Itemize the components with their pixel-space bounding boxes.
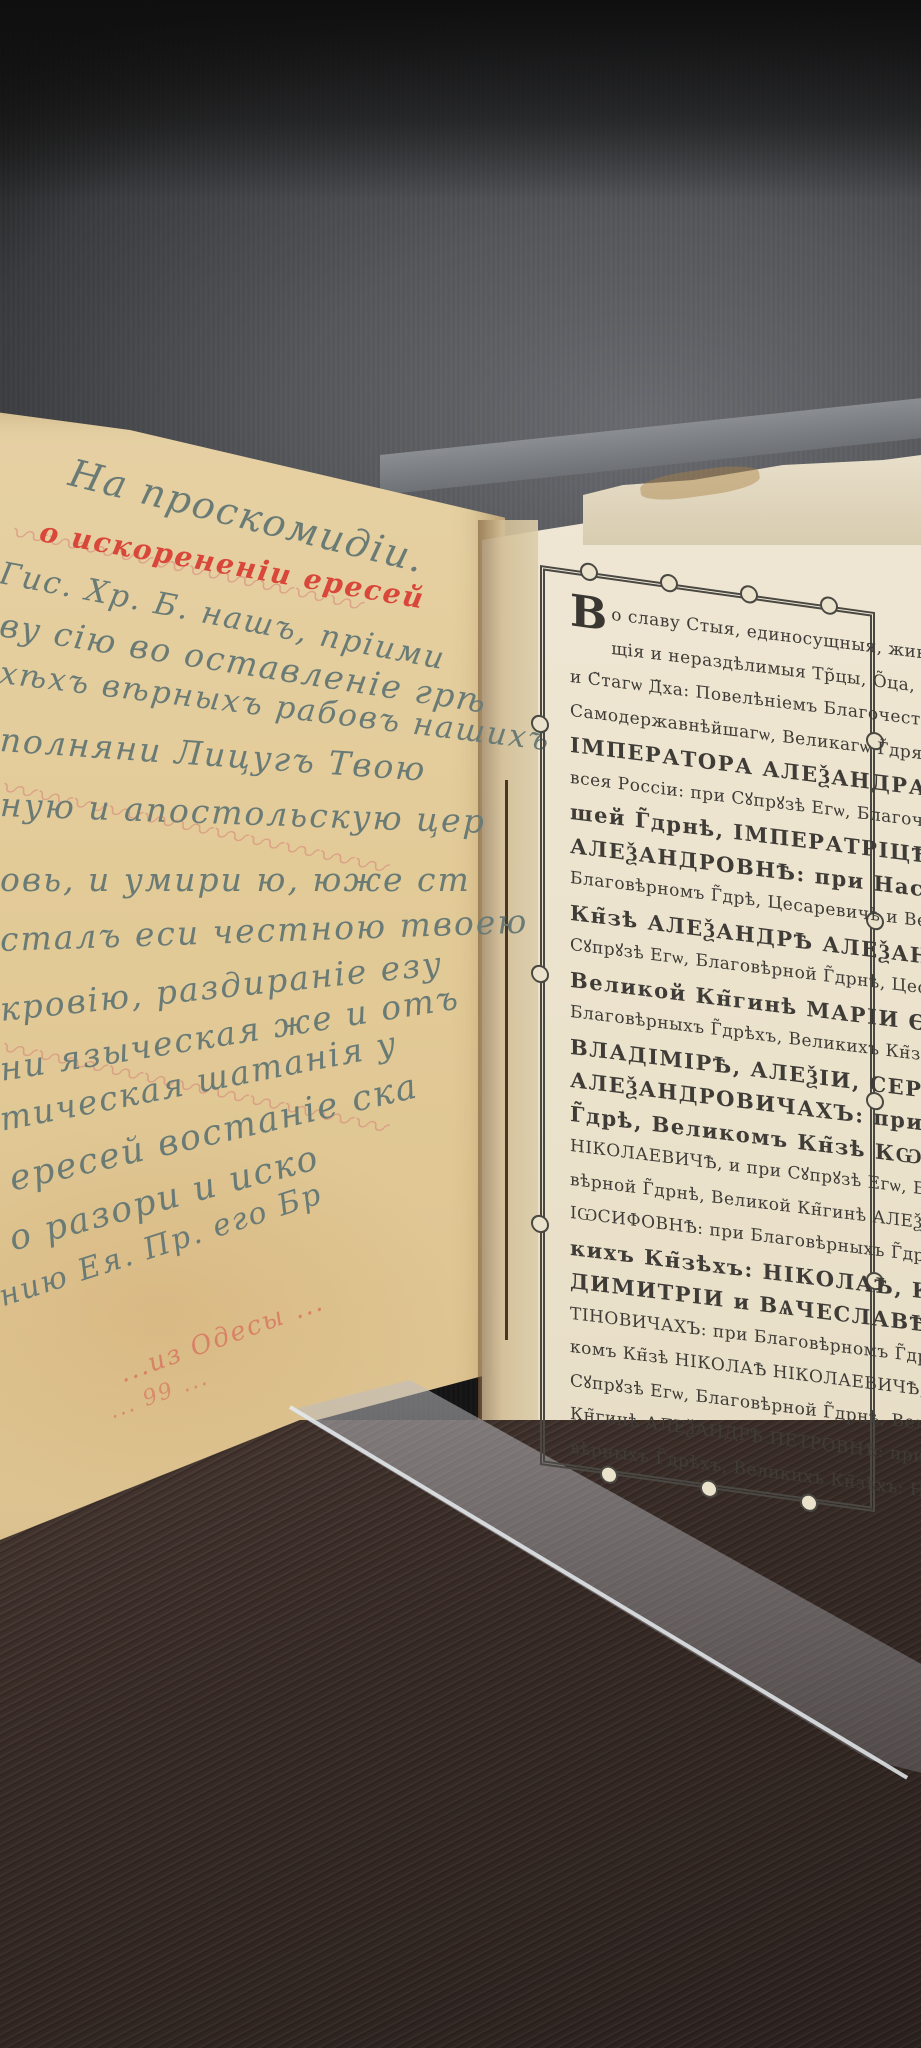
wall-shadow	[0, 0, 921, 200]
left-page-handwritten	[0, 410, 505, 1560]
wood-shelf	[0, 1420, 921, 2048]
book-gutter	[478, 520, 538, 1420]
book-spine-crack	[505, 780, 508, 1340]
